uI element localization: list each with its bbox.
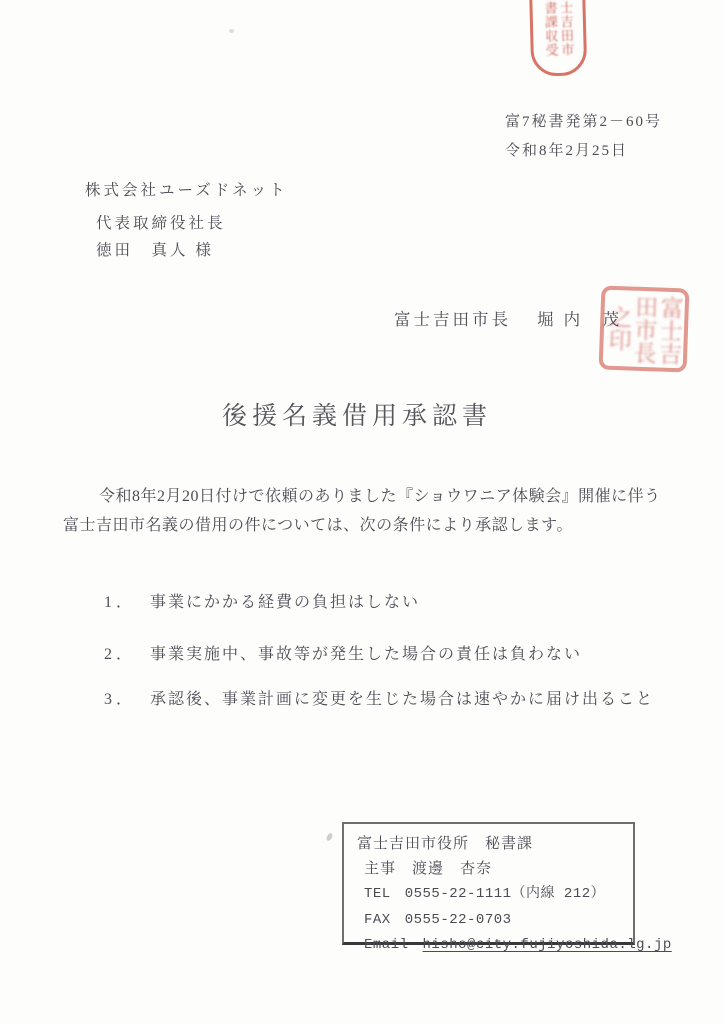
document-number: 富7秘書発第2－60号: [505, 108, 662, 137]
email-address: hisho@city.fujiyoshida.lg.jp: [423, 937, 672, 953]
fax-number: 0555-22-0703: [405, 912, 512, 928]
sender-line: 富士吉田市長堀 内 茂: [394, 306, 622, 330]
body-paragraph: 令和8年2月20日付けで依頼のありました『ショウワニア体験会』開催に伴う 富士吉…: [63, 482, 668, 540]
addressee-name: 徳田 真人 様: [96, 238, 214, 260]
condition-text: 事業実施中、事故等が発生した場合の責任は負わない: [150, 646, 582, 663]
contact-email-row: Emailhisho@city.fujiyoshida.lg.jp: [357, 932, 633, 958]
body-line-1-text: 令和8年2月20日付けで依頼のありました『ショウワニア体験会』開催に伴う: [99, 488, 661, 505]
addressee-title: 代表取締役社長: [96, 211, 226, 233]
document-title: 後援名義借用承認書: [0, 396, 714, 432]
receipt-stamp: 富士吉田市 秘書課収受: [529, 0, 588, 77]
contact-info-box: 富士吉田市役所 秘書課 主事 渡邊 杏奈 TEL0555-22-1111（内線 …: [342, 822, 635, 945]
contact-fax-row: FAX0555-22-0703: [357, 907, 633, 933]
body-line-2: 富士吉田市名義の借用の件については、次の条件により承認します。: [63, 511, 668, 540]
tel-number: 0555-22-1111（内線 212）: [405, 886, 605, 902]
email-label: Email: [364, 937, 409, 953]
condition-number: 3．: [104, 691, 136, 708]
contact-tel-row: TEL0555-22-1111（内線 212）: [357, 881, 633, 907]
receipt-stamp-seal-text: 富士吉田市: [558, 0, 574, 73]
scanned-approval-letter: 富士吉田市 秘書課収受 富7秘書発第2－60号 令和8年2月25日 株式会社ユー…: [0, 0, 724, 1024]
scan-dot-artifact: [229, 29, 234, 33]
condition-item: 1．事業にかかる経費の負担はしない: [104, 589, 420, 612]
fax-label: FAX: [364, 912, 391, 928]
mayor-seal-text: 富士吉: [657, 295, 682, 365]
mayor-seal-text: 之印: [606, 305, 631, 352]
condition-text: 承認後、事業計画に変更を生じた場合は速やかに届け出ること: [150, 691, 654, 708]
sender-office-title: 富士吉田市長: [394, 310, 511, 329]
body-line-1: 令和8年2月20日付けで依頼のありました『ショウワニア体験会』開催に伴う: [63, 482, 668, 511]
condition-item: 3．承認後、事業計画に変更を生じた場合は速やかに届け出ること: [104, 686, 654, 709]
contact-person: 主事 渡邊 杏奈: [357, 857, 633, 882]
tel-label: TEL: [364, 886, 391, 902]
contact-office: 富士吉田市役所 秘書課: [357, 832, 633, 857]
document-date: 令和8年2月25日: [505, 137, 662, 166]
receipt-stamp-seal-text: 秘書課収受: [542, 0, 558, 73]
condition-item: 2．事業実施中、事故等が発生した場合の責任は負わない: [104, 641, 582, 664]
condition-text: 事業にかかる経費の負担はしない: [150, 594, 420, 611]
mayor-seal-text: 田市長: [631, 294, 656, 364]
scan-mark-artifact: [326, 832, 333, 841]
document-header: 富7秘書発第2－60号 令和8年2月25日: [505, 108, 662, 166]
condition-number: 1．: [104, 594, 136, 611]
addressee-company: 株式会社ユーズドネット: [85, 178, 288, 200]
mayor-seal-stamp: 富士吉 田市長 之印: [599, 285, 690, 372]
condition-number: 2．: [104, 646, 136, 663]
